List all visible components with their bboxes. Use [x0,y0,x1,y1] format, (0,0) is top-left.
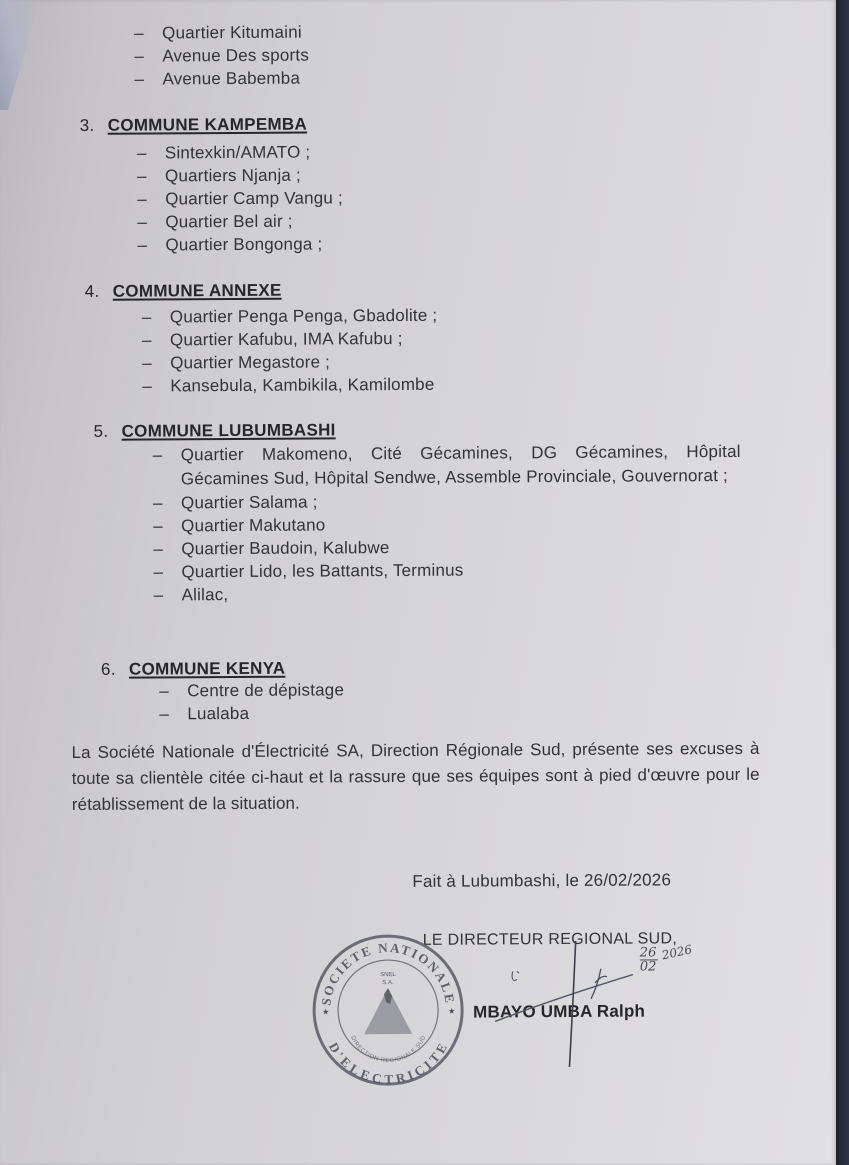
list-item: –Quartier Bongonga ; [165,232,343,256]
section-title: COMMUNE KAMPEMBA [108,115,307,135]
svg-text:★: ★ [322,1007,329,1016]
list-item-text: Quartier Megastore ; [170,352,330,372]
list-item-text: Quartier Makomeno, Cité Gécamines, DG Gé… [181,442,741,488]
dash-bullet-icon: – [142,306,152,329]
list-item: –Alilac, [182,580,742,606]
section-number: 4. [85,282,113,302]
signature-icon [483,938,744,1070]
kampemba-list: –Sintexkin/AMATO ; –Quartiers Njanja ; –… [165,140,343,256]
list-item: –Quartier Kafubu, IMA Kafubu ; [170,327,438,352]
list-item: –Quartier Kitumaini [162,21,309,45]
list-item: –Avenue Babemba [162,67,309,91]
dash-bullet-icon: – [153,560,163,583]
list-item: –Quartier Camp Vangu ; [165,186,343,210]
list-item: –Lualaba [187,701,344,725]
svg-text:★: ★ [448,1007,455,1016]
dash-bullet-icon: – [137,234,147,257]
section-title: COMMUNE ANNEXE [113,281,282,301]
list-item-text: Quartier Kitumaini [162,23,302,43]
list-item-text: Quartier Kafubu, IMA Kafubu ; [170,329,403,349]
continued-list: –Quartier Kitumaini –Avenue Des sports –… [162,21,309,91]
list-item-text: Lualaba [187,704,249,723]
section-number: 5. [94,422,122,442]
place-date: Fait à Lubumbashi, le 26/02/2026 [412,870,671,892]
list-item: –Quartier Salama ; [181,488,741,514]
list-item: –Quartier Penga Penga, Gbadolite ; [170,304,438,329]
dash-bullet-icon: – [134,68,144,91]
list-item-text: Quartier Lido, les Battants, Terminus [181,561,463,582]
list-item: –Kansebula, Kambikila, Kamilombe [170,373,438,398]
list-item-text: Avenue Des sports [162,46,309,66]
list-item-text: Quartier Bongonga ; [165,234,322,254]
list-item: –Quartiers Njanja ; [165,163,343,187]
list-item: –Quartier Baudoin, Kalubwe [181,534,741,560]
section-number: 3. [80,116,108,136]
dash-bullet-icon: – [159,679,169,702]
lubumbashi-list: –Quartier Makomeno, Cité Gécamines, DG G… [181,440,742,606]
closing-paragraph: La Société Nationale d'Électricité SA, D… [71,736,759,818]
document-content: –Quartier Kitumaini –Avenue Des sports –… [0,0,840,1165]
annexe-list: –Quartier Penga Penga, Gbadolite ; –Quar… [170,304,438,398]
list-item-text: Quartier Penga Penga, Gbadolite ; [170,306,438,327]
dash-bullet-icon: – [142,352,152,375]
section-title: COMMUNE LUBUMBASHI [122,420,336,440]
dash-bullet-icon: – [134,45,144,68]
list-item-text: Alilac, [182,585,229,604]
dash-bullet-icon: – [134,22,144,45]
list-item-text: Kansebula, Kambikila, Kamilombe [170,375,434,396]
dash-bullet-icon: – [142,329,152,352]
list-item: –Quartier Megastore ; [170,350,438,375]
dash-bullet-icon: – [153,443,163,467]
section-heading-kampemba: 3.COMMUNE KAMPEMBA [80,115,307,136]
list-item: –Quartier Makutano [181,511,741,537]
dash-bullet-icon: – [153,537,163,560]
dash-bullet-icon: – [154,583,164,606]
stamp-center-text: SNEL [380,972,396,978]
list-item-text: Quartiers Njanja ; [165,166,301,186]
list-item: –Sintexkin/AMATO ; [165,140,343,164]
section-heading-lubumbashi: 5.COMMUNE LUBUMBASHI [94,420,336,441]
document-page: –Quartier Kitumaini –Avenue Des sports –… [0,0,836,1165]
list-item-text: Quartier Camp Vangu ; [165,188,343,208]
stamp-seal-icon: SOCIETE NATIONALE D'ELECTRICITE DIRECTIO… [308,930,469,1091]
dash-bullet-icon: – [142,375,152,398]
list-item-text: Avenue Babemba [162,69,300,89]
dash-bullet-icon: – [153,514,163,537]
section-number: 6. [101,660,129,680]
kenya-list: –Centre de dépistage –Lualaba [187,678,344,725]
dash-bullet-icon: – [137,188,147,211]
list-item-text: Quartier Makutano [181,515,325,535]
section-heading-kenya: 6.COMMUNE KENYA [101,659,285,680]
list-item-text: Quartier Bel air ; [165,212,292,232]
stamp-center-text-2: S.A. [382,980,394,986]
section-title: COMMUNE KENYA [129,659,285,679]
list-item: –Avenue Des sports [162,44,309,68]
stamp-inner-text: DIRECTION REGIONALE SUD [349,1035,428,1065]
background-surface [836,0,849,1165]
section-heading-annexe: 4.COMMUNE ANNEXE [85,281,282,302]
dash-bullet-icon: – [153,491,163,514]
list-item-text: Sintexkin/AMATO ; [165,143,311,163]
svg-text:DIRECTION REGIONALE SUD: DIRECTION REGIONALE SUD [349,1035,428,1065]
list-item: –Quartier Lido, les Battants, Terminus [181,557,741,583]
list-item: –Quartier Makomeno, Cité Gécamines, DG G… [181,440,741,491]
dash-bullet-icon: – [137,142,147,165]
dash-bullet-icon: – [137,211,147,234]
list-item-text: Centre de dépistage [187,680,344,700]
dash-bullet-icon: – [159,702,169,725]
list-item-text: Quartier Salama ; [181,493,318,513]
list-item: –Quartier Bel air ; [165,209,343,233]
list-item-text: Quartier Baudoin, Kalubwe [181,538,389,558]
dash-bullet-icon: – [137,165,147,188]
list-item: –Centre de dépistage [187,678,344,702]
